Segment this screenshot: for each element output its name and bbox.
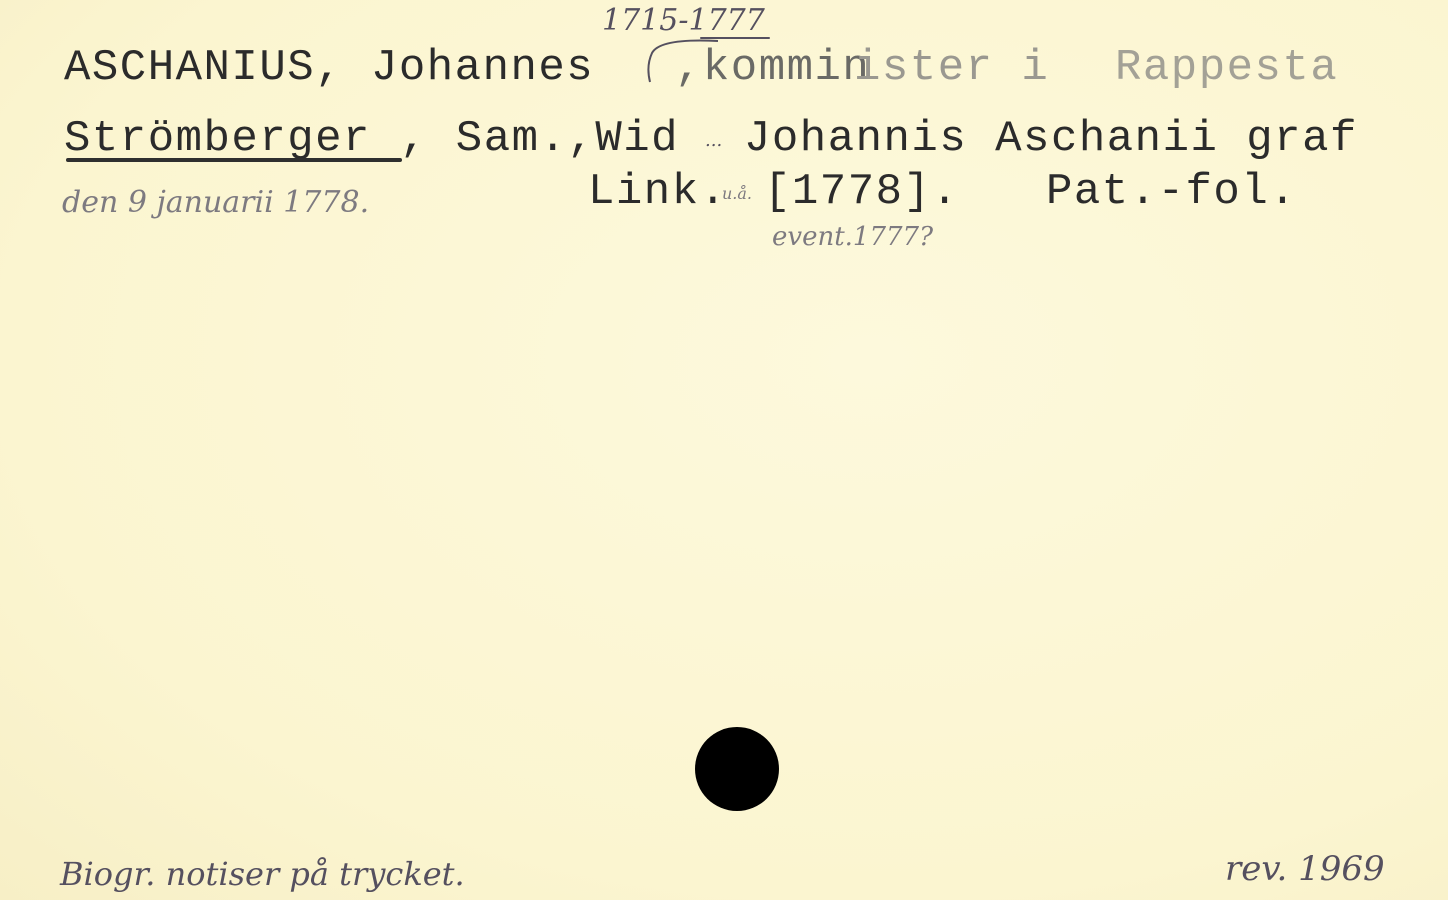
alternate-year-annotation: event.1777? [772,224,933,250]
format-note: Pat.-fol. [1046,170,1297,214]
revision-note: rev. 1969 [1225,852,1385,886]
imprint-place: Link. [588,170,728,214]
author-underline [66,158,402,162]
work-title: Johannis Aschanii graf [744,117,1358,161]
main-entry-name: ASCHANIUS, Johannes [64,46,594,90]
card-punch-hole [695,727,779,811]
ellipsis-mark: ... [705,132,722,150]
author-rest: , Sam.,Wid [400,117,679,161]
occupation-text: ,kommin [675,46,870,90]
no-year-note: u.å. [722,186,752,202]
imprint-year: [1778]. [764,170,959,214]
burial-date-annotation: den 9 januarii 1778. [62,188,369,218]
parish-place: Rappesta [1115,46,1338,90]
catalog-card: 1715-1777 ASCHANIUS, Johannes ,kommin is… [0,0,1448,900]
life-dates-annotation: 1715-1777 [602,6,765,36]
occupation-text-rest: ister i [854,46,1049,90]
author-name: Strömberger [64,117,371,161]
biographical-note: Biogr. notiser på trycket. [60,858,465,890]
